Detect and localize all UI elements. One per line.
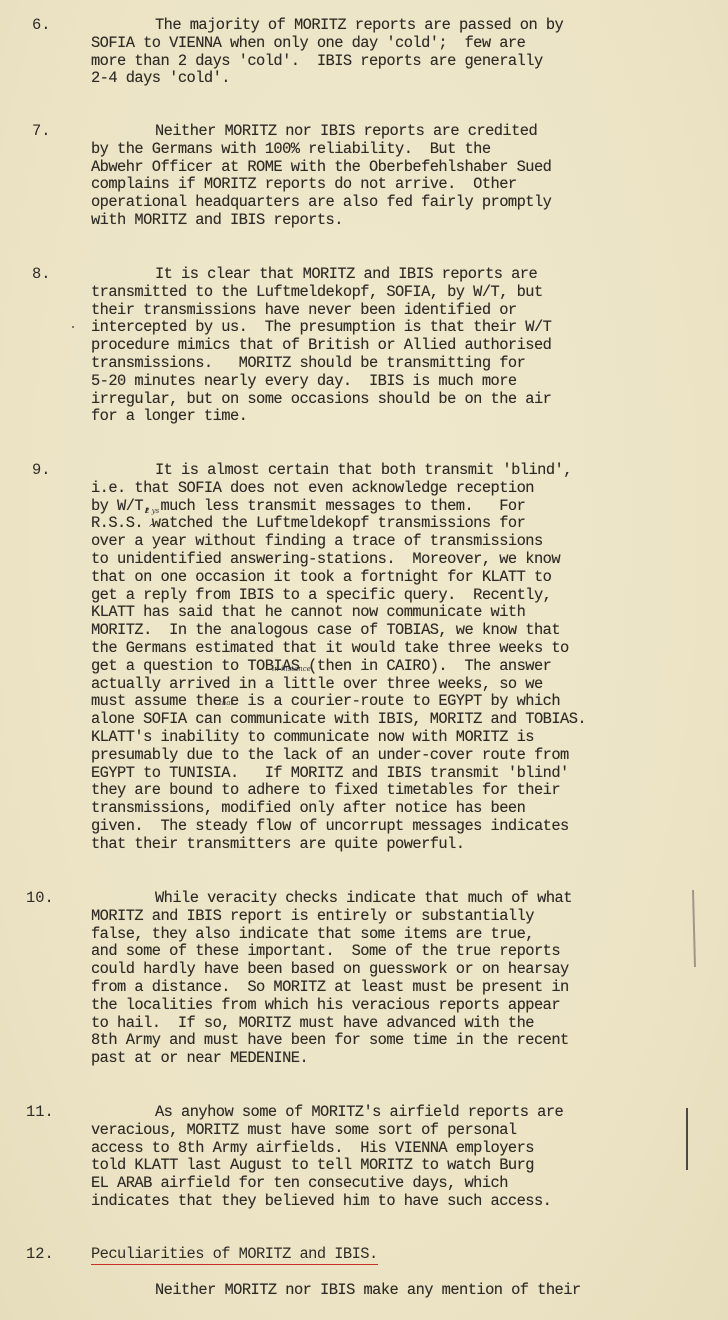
paragraph-line: they are bound to adhere to fixed timeta… xyxy=(91,782,560,800)
caret-mark: ^ xyxy=(148,524,156,534)
paragraph-line: actually arrived in a little over three … xyxy=(91,676,543,694)
paragraph-line: and some of these important. Some of the… xyxy=(91,943,560,961)
paragraph-line: to unidentified answering-stations. More… xyxy=(91,551,560,569)
paragraph-line: transmissions, modified only after notic… xyxy=(91,800,525,818)
paragraph-line: MORITZ. In the analogous case of TOBIAS,… xyxy=(91,622,560,640)
handwritten-annotation: 2 ys xyxy=(145,507,159,515)
paragraph-line: MORITZ and IBIS report is entirely or su… xyxy=(91,908,534,926)
paragraph-line: false, they also indicate that some item… xyxy=(91,926,534,944)
paragraph-line: transmissions. MORITZ should be transmit… xyxy=(91,355,525,373)
paragraph-line: KLATT's inability to communicate now wit… xyxy=(91,729,534,747)
paragraph-line: for a longer time. xyxy=(91,408,247,426)
paragraph-line: by the Germans with 100% reliability. Bu… xyxy=(91,141,491,159)
paragraph-line: to hail. If so, MORITZ must have advance… xyxy=(91,1015,534,1033)
paragraph-number: 7. xyxy=(32,123,50,141)
paragraph-line: indicates that they believed him to have… xyxy=(91,1193,551,1211)
margin-mark xyxy=(692,890,696,967)
paragraph-line: 5-20 minutes nearly every day. IBIS is m… xyxy=(91,373,517,391)
paragraph-line: presumably due to the lack of an under-c… xyxy=(91,747,569,765)
paragraph-line: KLATT has said that he cannot now commun… xyxy=(91,604,525,622)
paragraph-line: more than 2 days 'cold'. IBIS reports ar… xyxy=(91,53,543,71)
paragraph-line: their transmissions have never been iden… xyxy=(91,302,517,320)
paragraph-number: 9. xyxy=(32,462,50,480)
margin-mark xyxy=(686,1108,688,1170)
paragraph-line: from a distance. So MORITZ at least must… xyxy=(91,979,569,997)
paragraph-line: 8th Army and must have been for some tim… xyxy=(91,1032,569,1050)
paragraph-line: get a reply from IBIS to a specific quer… xyxy=(91,587,551,605)
paragraph-line: SOFIA to VIENNA when only one day 'cold'… xyxy=(91,35,525,53)
paragraph-line: alone SOFIA can communicate with IBIS, M… xyxy=(91,711,586,729)
paragraph-line: veracious, MORITZ must have some sort of… xyxy=(91,1122,517,1140)
paragraph-line: Neither MORITZ nor IBIS make any mention… xyxy=(155,1282,581,1300)
paragraph-line: Abwehr Officer at ROME with the Oberbefe… xyxy=(91,159,551,177)
paragraph-line: EGYPT to TUNISIA. If MORITZ and IBIS tra… xyxy=(91,765,569,783)
paragraph-line: that their transmitters are quite powerf… xyxy=(91,836,465,854)
paragraph-line: It is clear that MORITZ and IBIS reports… xyxy=(155,266,537,284)
document-page: 6. The majority of MORITZ reports are pa… xyxy=(0,0,728,1320)
paragraph-line: complains if MORITZ reports do not arriv… xyxy=(91,176,517,194)
paragraph-line: past at or near MEDENINE. xyxy=(91,1050,308,1068)
paragraph-number: 8. xyxy=(32,266,50,284)
paragraph-line: operational headquarters are also fed fa… xyxy=(91,194,551,212)
paragraph-line: Neither MORITZ nor IBIS reports are cred… xyxy=(155,123,537,141)
paragraph-line: the localities from which his veracious … xyxy=(91,997,560,1015)
paragraph-line: The majority of MORITZ reports are passe… xyxy=(155,17,563,35)
paragraph-line: irregular, but on some occasions should … xyxy=(91,391,551,409)
section-heading-text: Peculiarities of MORITZ and IBIS. xyxy=(91,1245,378,1265)
paragraph-line: It is almost certain that both transmit … xyxy=(155,462,572,480)
paragraph-line: with MORITZ and IBIS reports. xyxy=(91,212,343,230)
paragraph-line: R.S.S. watched the Luftmeldekopf transmi… xyxy=(91,515,525,533)
paragraph-number: 10. xyxy=(26,890,54,908)
paragraph-line: given. The steady flow of uncorrupt mess… xyxy=(91,818,569,836)
handwritten-annotation: in instance xyxy=(272,665,311,673)
paragraph-line: told KLATT last August to tell MORITZ to… xyxy=(91,1157,534,1175)
paragraph-line: could hardly have been based on guesswor… xyxy=(91,961,569,979)
paragraph-line: the Germans estimated that it would take… xyxy=(91,640,569,658)
paragraph-number: 6. xyxy=(32,17,50,35)
handwritten-annotation: that xyxy=(219,699,233,707)
section-heading: Peculiarities of MORITZ and IBIS. xyxy=(91,1246,378,1264)
paragraph-line: access to 8th Army airfields. His VIENNA… xyxy=(91,1140,534,1158)
paragraph-line: As anyhow some of MORITZ's airfield repo… xyxy=(155,1104,563,1122)
paragraph-number: 11. xyxy=(26,1104,54,1122)
paragraph-line: over a year without finding a trace of t… xyxy=(91,533,543,551)
paragraph-line: 2-4 days 'cold'. xyxy=(91,70,230,88)
paragraph-line: EL ARAB airfield for ten consecutive day… xyxy=(91,1175,508,1193)
paragraph-line: While veracity checks indicate that much… xyxy=(155,890,572,908)
paragraph-line: must assume there is a courier-route to … xyxy=(91,693,560,711)
paragraph-line: intercepted by us. The presumption is th… xyxy=(91,319,551,337)
ink-speck xyxy=(72,326,74,328)
paragraph-line: i.e. that SOFIA does not even acknowledg… xyxy=(91,480,534,498)
paragraph-number: 12. xyxy=(26,1246,54,1264)
paragraph-line: that on one occasion it took a fortnight… xyxy=(91,569,551,587)
paragraph-line: transmitted to the Luftmeldekopf, SOFIA,… xyxy=(91,284,543,302)
paragraph-line: get a question to TOBIAS (then in CAIRO)… xyxy=(91,658,551,676)
paragraph-line: procedure mimics that of British or Alli… xyxy=(91,337,551,355)
